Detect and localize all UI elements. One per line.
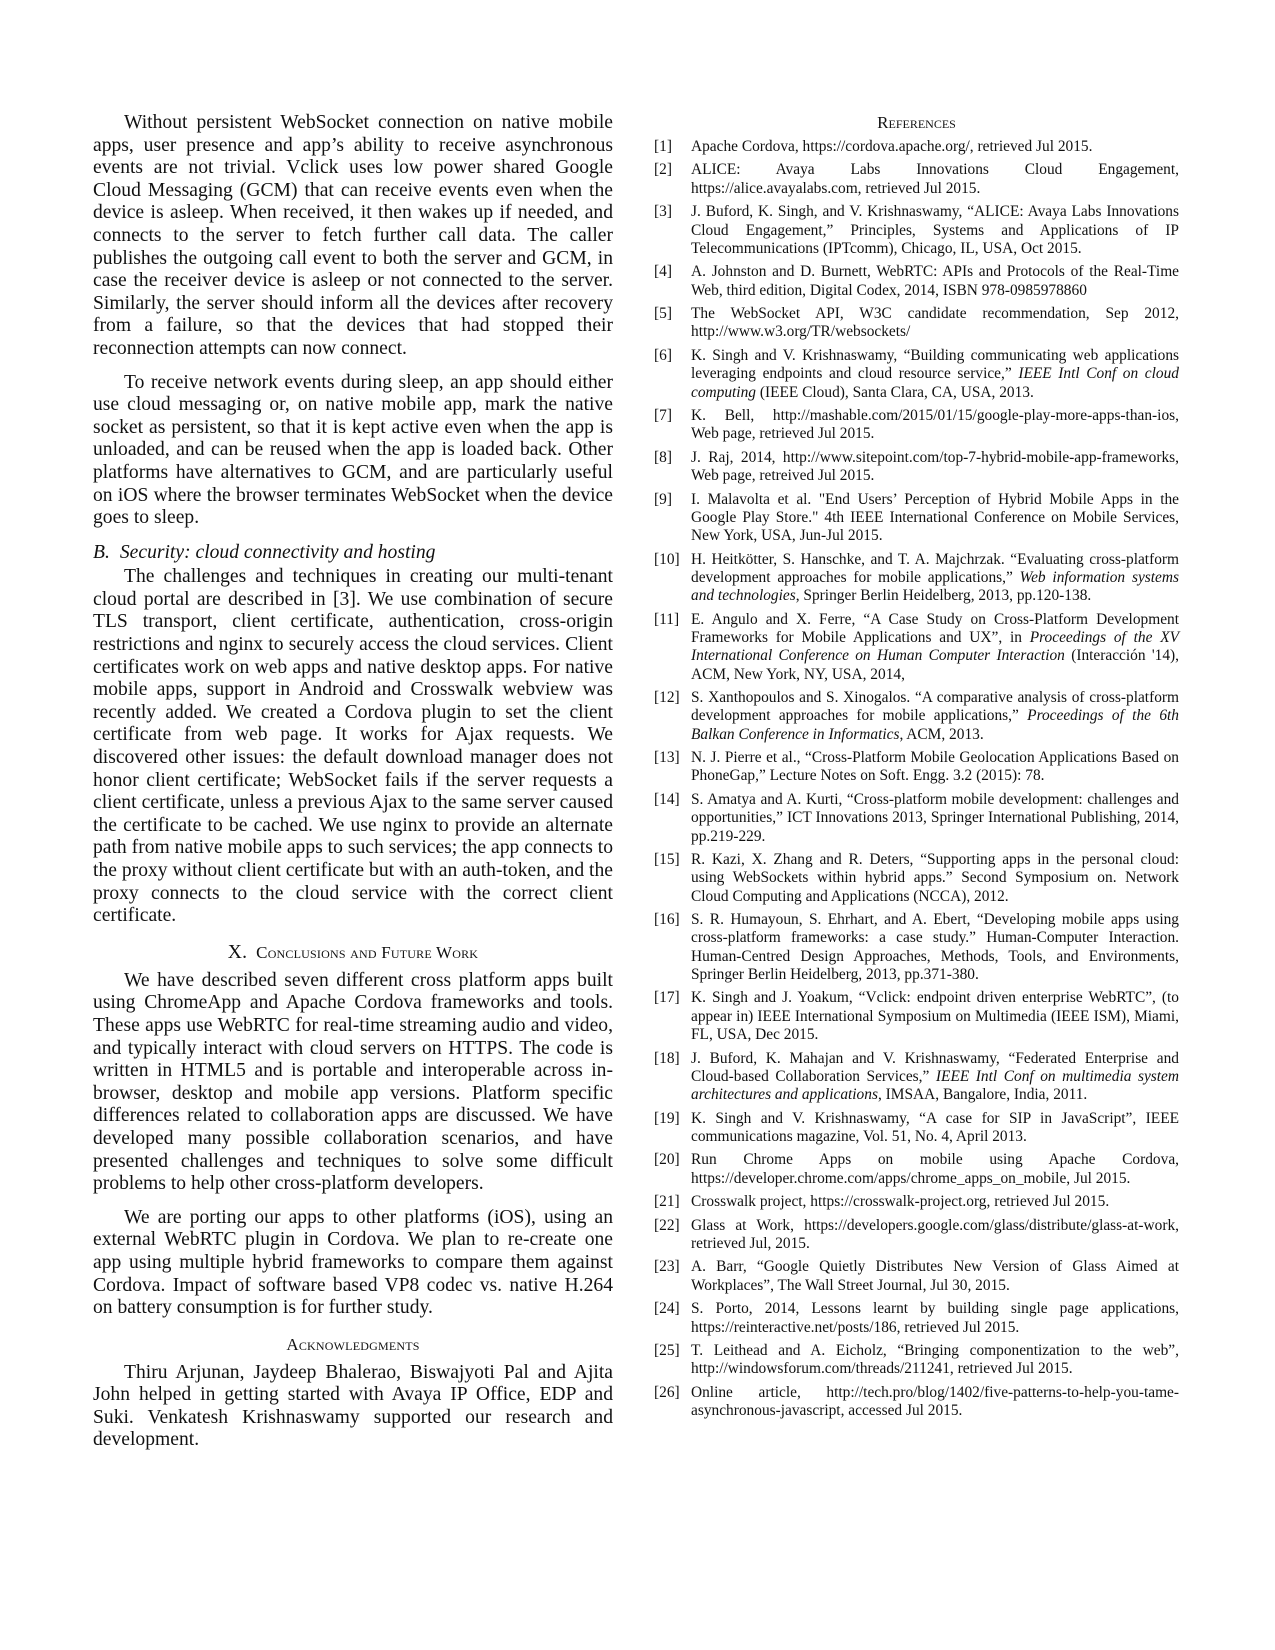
- reference-number: [26]: [654, 1384, 691, 1421]
- section-heading-conclusions: X. Conclusions and Future Work: [93, 942, 613, 964]
- reference-text: K. Singh and V. Krishnaswamy, “A case fo…: [691, 1110, 1179, 1147]
- reference-item: [26]Online article, http://tech.pro/blog…: [654, 1384, 1179, 1421]
- reference-item: [2]ALICE: Avaya Labs Innovations Cloud E…: [654, 161, 1179, 198]
- reference-text-post: (IEEE Cloud), Santa Clara, CA, USA, 2013…: [756, 384, 1034, 401]
- reference-text: I. Malavolta et al. "End Users’ Percepti…: [691, 491, 1179, 546]
- reference-item: [25]T. Leithead and A. Eicholz, “Bringin…: [654, 1342, 1179, 1379]
- reference-number: [9]: [654, 491, 691, 546]
- reference-text-post: , IMSAA, Bangalore, India, 2011.: [878, 1086, 1087, 1103]
- reference-item: [1]Apache Cordova, https://cordova.apach…: [654, 138, 1179, 156]
- reference-number: [23]: [654, 1258, 691, 1295]
- subsection-heading-security: B.Security: cloud connectivity and hosti…: [93, 542, 613, 565]
- reference-text: ALICE: Avaya Labs Innovations Cloud Enga…: [691, 161, 1179, 198]
- reference-item: [18]J. Buford, K. Mahajan and V. Krishna…: [654, 1050, 1179, 1105]
- reference-number: [7]: [654, 407, 691, 444]
- reference-number: [15]: [654, 851, 691, 906]
- reference-number: [17]: [654, 989, 691, 1044]
- reference-text: A. Barr, “Google Quietly Distributes New…: [691, 1258, 1179, 1295]
- reference-number: [11]: [654, 611, 691, 684]
- reference-text: S. Amatya and A. Kurti, “Cross-platform …: [691, 791, 1179, 846]
- reference-item: [3]J. Buford, K. Singh, and V. Krishnasw…: [654, 203, 1179, 258]
- reference-text: J. Buford, K. Mahajan and V. Krishnaswam…: [691, 1050, 1179, 1105]
- reference-number: [18]: [654, 1050, 691, 1105]
- reference-number: [3]: [654, 203, 691, 258]
- reference-item: [4]A. Johnston and D. Burnett, WebRTC: A…: [654, 263, 1179, 300]
- reference-number: [12]: [654, 689, 691, 744]
- reference-number: [22]: [654, 1217, 691, 1254]
- reference-item: [6]K. Singh and V. Krishnaswamy, “Buildi…: [654, 347, 1179, 402]
- reference-text: Run Chrome Apps on mobile using Apache C…: [691, 1151, 1179, 1188]
- reference-number: [1]: [654, 138, 691, 156]
- reference-number: [2]: [654, 161, 691, 198]
- paragraph-websocket-persistence: Without persistent WebSocket connection …: [93, 112, 613, 361]
- reference-item: [17]K. Singh and J. Yoakum, “Vclick: end…: [654, 989, 1179, 1044]
- reference-text: S. Xanthopoulos and S. Xinogalos. “A com…: [691, 689, 1179, 744]
- reference-item: [12]S. Xanthopoulos and S. Xinogalos. “A…: [654, 689, 1179, 744]
- reference-number: [19]: [654, 1110, 691, 1147]
- reference-text: K. Singh and J. Yoakum, “Vclick: endpoin…: [691, 989, 1179, 1044]
- reference-item: [11]E. Angulo and X. Ferre, “A Case Stud…: [654, 611, 1179, 684]
- reference-text: S. Porto, 2014, Lessons learnt by buildi…: [691, 1300, 1179, 1337]
- reference-item: [15]R. Kazi, X. Zhang and R. Deters, “Su…: [654, 851, 1179, 906]
- reference-text: The WebSocket API, W3C candidate recomme…: [691, 305, 1179, 342]
- paragraph-conclusions: We have described seven different cross …: [93, 970, 613, 1196]
- subsection-title: Security: cloud connectivity and hosting: [120, 542, 436, 563]
- reference-item: [19]K. Singh and V. Krishnaswamy, “A cas…: [654, 1110, 1179, 1147]
- reference-text: Apache Cordova, https://cordova.apache.o…: [691, 138, 1179, 156]
- reference-number: [24]: [654, 1300, 691, 1337]
- references-heading: References: [654, 112, 1179, 134]
- reference-text: S. R. Humayoun, S. Ehrhart, and A. Ebert…: [691, 911, 1179, 984]
- reference-number: [5]: [654, 305, 691, 342]
- section-number: X.: [228, 942, 247, 963]
- reference-item: [5]The WebSocket API, W3C candidate reco…: [654, 305, 1179, 342]
- reference-number: [4]: [654, 263, 691, 300]
- reference-number: [25]: [654, 1342, 691, 1379]
- reference-text: J. Raj, 2014, http://www.sitepoint.com/t…: [691, 449, 1179, 486]
- reference-item: [10]H. Heitkötter, S. Hanschke, and T. A…: [654, 551, 1179, 606]
- reference-text: K. Singh and V. Krishnaswamy, “Building …: [691, 347, 1179, 402]
- reference-text: E. Angulo and X. Ferre, “A Case Study on…: [691, 611, 1179, 684]
- paragraph-security: The challenges and techniques in creatin…: [93, 566, 613, 928]
- reference-item: [24]S. Porto, 2014, Lessons learnt by bu…: [654, 1300, 1179, 1337]
- reference-text: Online article, http://tech.pro/blog/140…: [691, 1384, 1179, 1421]
- subsection-label: B.: [93, 542, 110, 563]
- reference-item: [7]K. Bell, http://mashable.com/2015/01/…: [654, 407, 1179, 444]
- reference-text: Crosswalk project, https://crosswalk-pro…: [691, 1193, 1179, 1211]
- reference-item: [14]S. Amatya and A. Kurti, “Cross-platf…: [654, 791, 1179, 846]
- reference-number: [21]: [654, 1193, 691, 1211]
- reference-text-post: , ACM, 2013.: [899, 726, 983, 743]
- reference-number: [14]: [654, 791, 691, 846]
- reference-text: K. Bell, http://mashable.com/2015/01/15/…: [691, 407, 1179, 444]
- left-column: Without persistent WebSocket connection …: [93, 112, 613, 1452]
- reference-item: [13]N. J. Pierre et al., “Cross-Platform…: [654, 749, 1179, 786]
- section-heading-acknowledgments: Acknowledgments: [93, 1334, 613, 1356]
- reference-text: Glass at Work, https://developers.google…: [691, 1217, 1179, 1254]
- references-column: References [1]Apache Cordova, https://co…: [654, 112, 1179, 1426]
- reference-text: J. Buford, K. Singh, and V. Krishnaswamy…: [691, 203, 1179, 258]
- reference-list: [1]Apache Cordova, https://cordova.apach…: [654, 138, 1179, 1420]
- reference-number: [6]: [654, 347, 691, 402]
- reference-number: [10]: [654, 551, 691, 606]
- paragraph-acknowledgments: Thiru Arjunan, Jaydeep Bhalerao, Biswajy…: [93, 1362, 613, 1452]
- reference-number: [16]: [654, 911, 691, 984]
- section-title: Conclusions and Future Work: [256, 943, 478, 962]
- reference-item: [23]A. Barr, “Google Quietly Distributes…: [654, 1258, 1179, 1295]
- reference-item: [9]I. Malavolta et al. "End Users’ Perce…: [654, 491, 1179, 546]
- reference-text: T. Leithead and A. Eicholz, “Bringing co…: [691, 1342, 1179, 1379]
- reference-text: N. J. Pierre et al., “Cross-Platform Mob…: [691, 749, 1179, 786]
- reference-text-post: , Springer Berlin Heidelberg, 2013, pp.1…: [796, 587, 1092, 604]
- reference-number: [20]: [654, 1151, 691, 1188]
- reference-item: [21]Crosswalk project, https://crosswalk…: [654, 1193, 1179, 1211]
- reference-number: [13]: [654, 749, 691, 786]
- reference-text: R. Kazi, X. Zhang and R. Deters, “Suppor…: [691, 851, 1179, 906]
- reference-item: [22]Glass at Work, https://developers.go…: [654, 1217, 1179, 1254]
- reference-number: [8]: [654, 449, 691, 486]
- paragraph-future-work: We are porting our apps to other platfor…: [93, 1207, 613, 1320]
- paragraph-network-events-sleep: To receive network events during sleep, …: [93, 372, 613, 530]
- reference-item: [16]S. R. Humayoun, S. Ehrhart, and A. E…: [654, 911, 1179, 984]
- reference-item: [20]Run Chrome Apps on mobile using Apac…: [654, 1151, 1179, 1188]
- reference-item: [8]J. Raj, 2014, http://www.sitepoint.co…: [654, 449, 1179, 486]
- reference-text: H. Heitkötter, S. Hanschke, and T. A. Ma…: [691, 551, 1179, 606]
- reference-text: A. Johnston and D. Burnett, WebRTC: APIs…: [691, 263, 1179, 300]
